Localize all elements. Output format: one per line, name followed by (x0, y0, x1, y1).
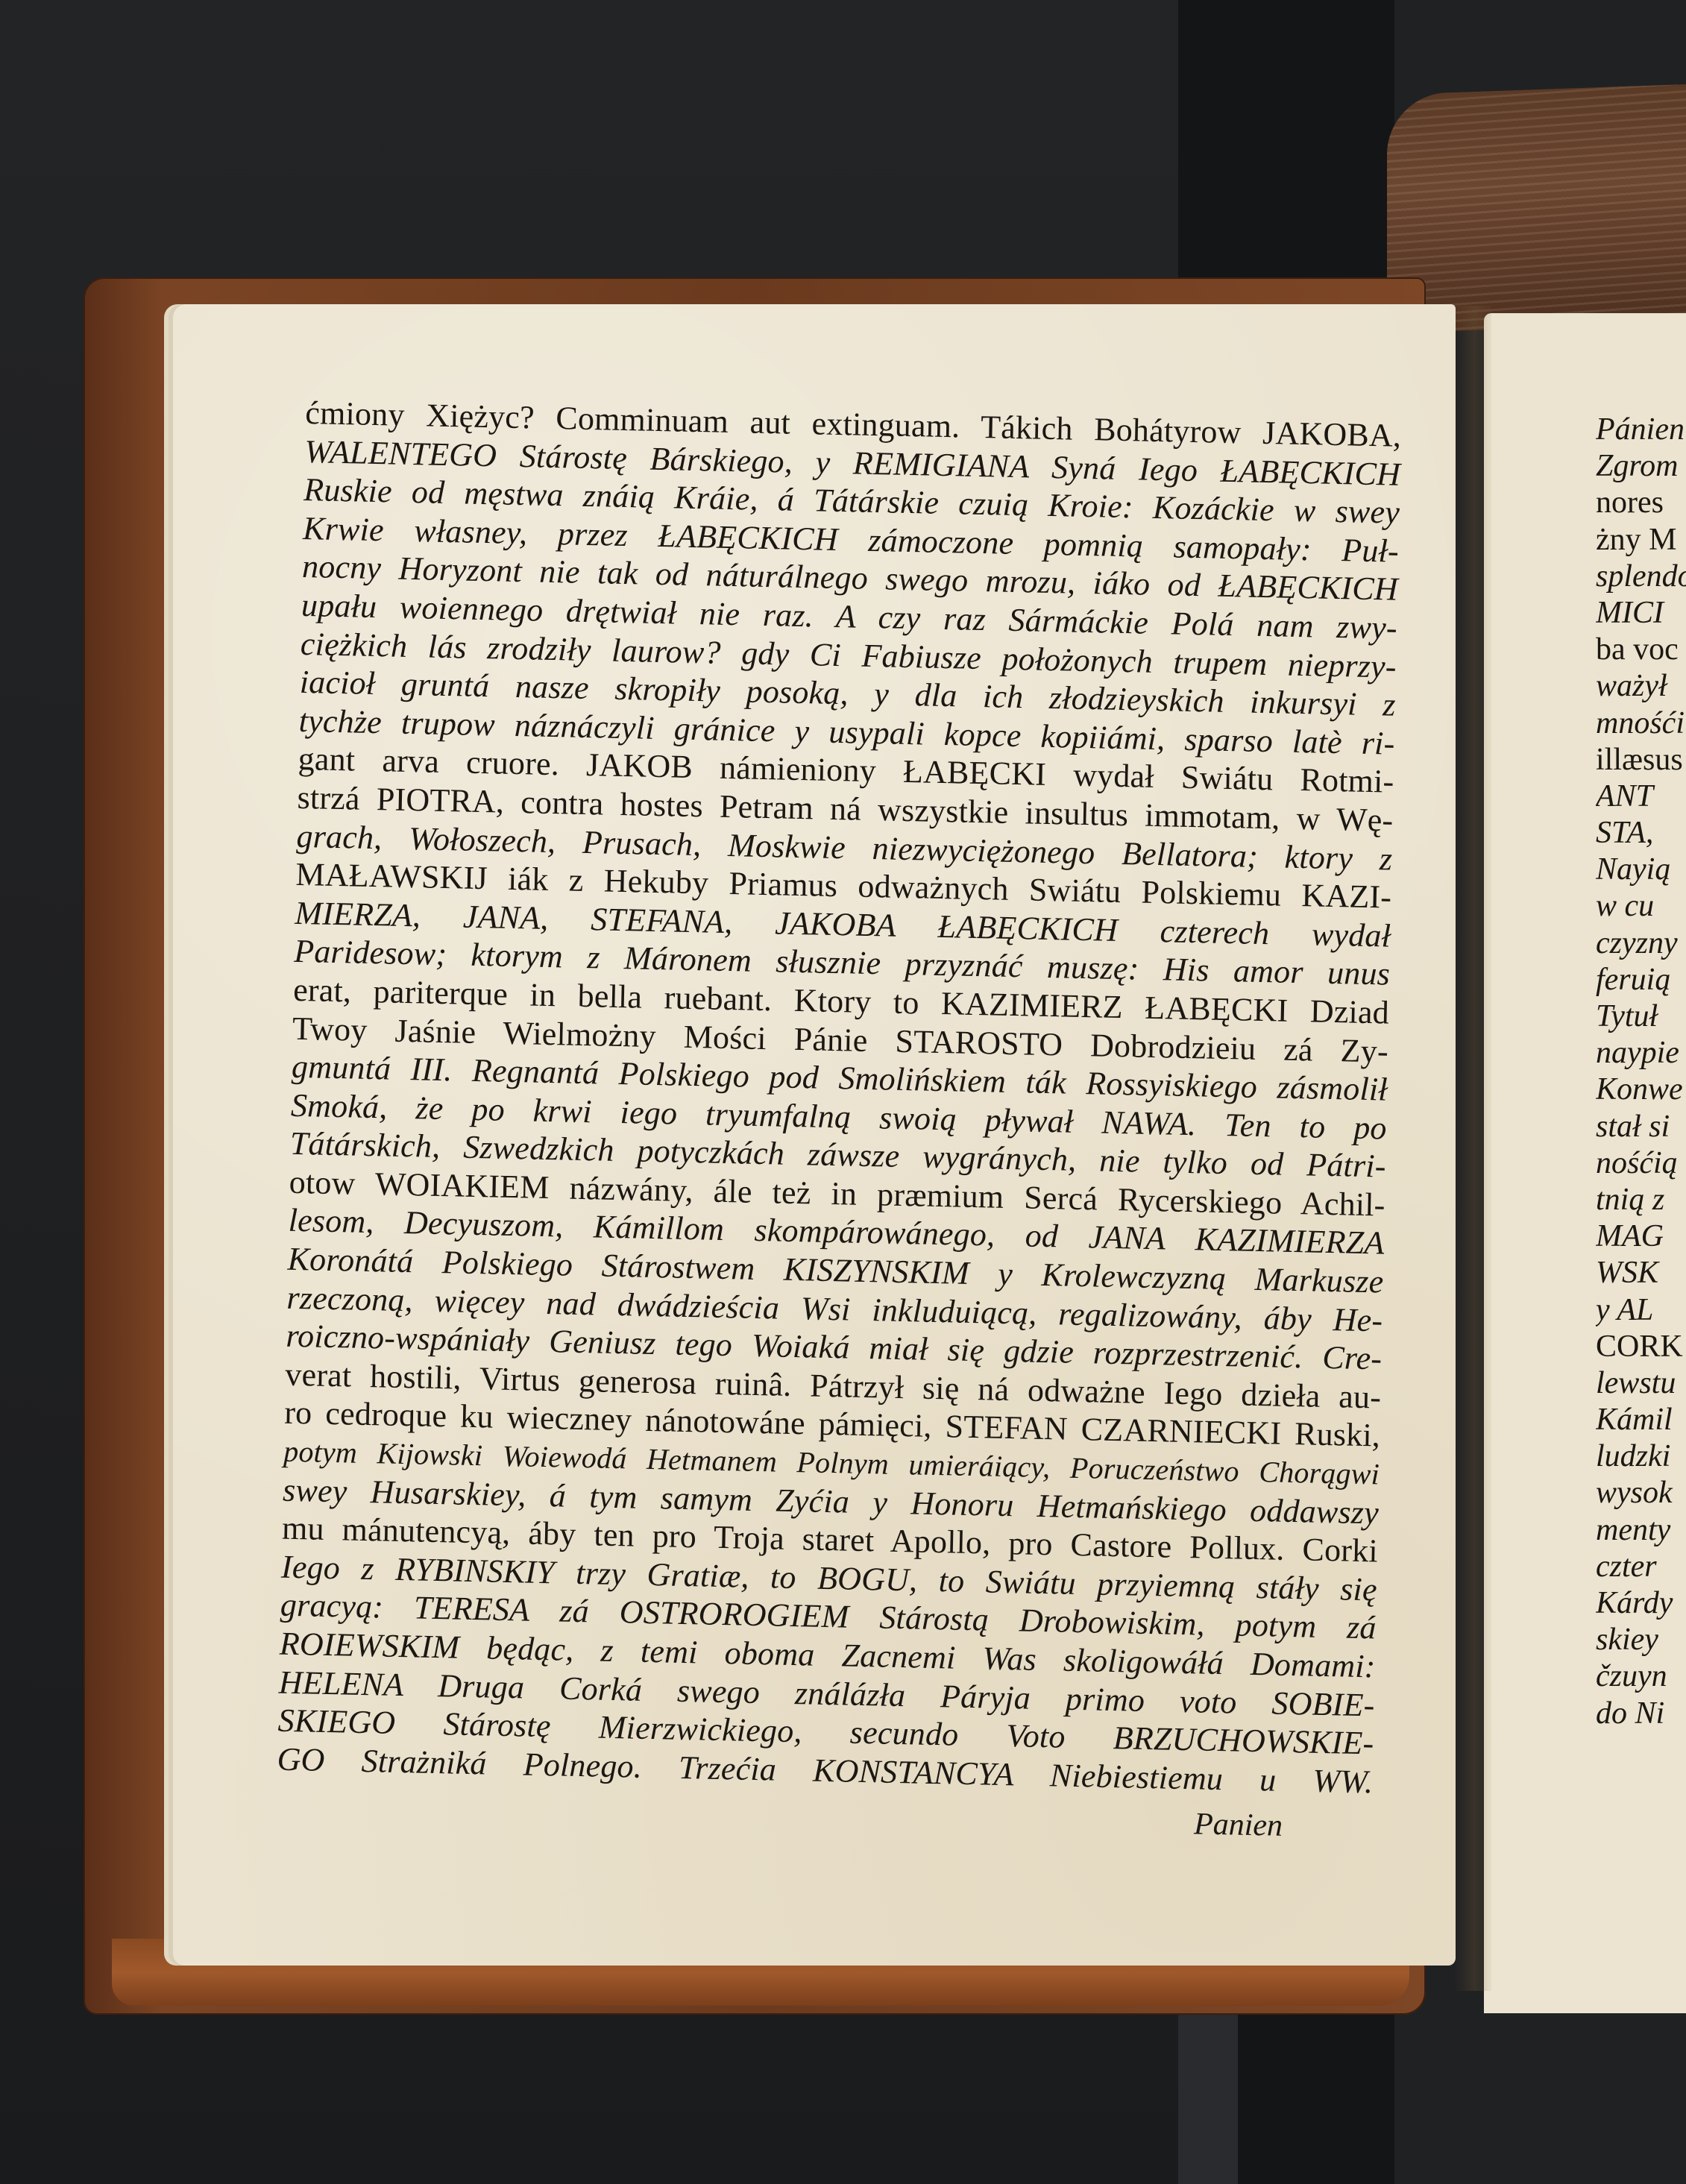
text-fragment: WSK (1596, 1255, 1686, 1291)
text-fragment: ba voc (1596, 632, 1686, 668)
text-fragment: čzuyn (1596, 1658, 1686, 1695)
text-fragment: lewstu (1596, 1365, 1686, 1402)
text-fragment: Kárdy (1596, 1585, 1686, 1622)
text-fragment: ważył (1596, 668, 1686, 705)
text-fragment: skiey (1596, 1622, 1686, 1658)
text-fragment: MICI (1596, 595, 1686, 632)
text-fragment: w cu (1596, 888, 1686, 925)
text-fragment: Kámil (1596, 1402, 1686, 1438)
text-fragment: MAG (1596, 1218, 1686, 1255)
text-fragment: ANT (1596, 778, 1686, 815)
text-fragment: mnośći (1596, 705, 1686, 742)
text-fragment: Nayią (1596, 852, 1686, 888)
text-fragment: ludzki (1596, 1438, 1686, 1475)
text-fragment: nores (1596, 485, 1686, 521)
right-page-text-fragments: Pánien Zgrom nores żny M splendo MICI ba… (1596, 412, 1686, 1732)
text-fragment: CORK (1596, 1329, 1686, 1365)
right-page-block-edge (1387, 84, 1686, 333)
text-fragment: czyzny (1596, 925, 1686, 962)
text-fragment: Pánien (1596, 412, 1686, 448)
book-gutter (1454, 306, 1491, 1991)
background-board-edge (1178, 1998, 1238, 2184)
text-fragment: Konwe (1596, 1071, 1686, 1108)
left-page-text-block: ćmiony Xiężyc? Comminuam aut extinguam. … (276, 394, 1402, 1851)
text-fragment: splendo (1596, 558, 1686, 595)
text-fragment: do Ni (1596, 1696, 1686, 1732)
text-fragment: y AL (1596, 1292, 1686, 1329)
text-fragment: żny M (1596, 522, 1686, 558)
text-fragment: menty (1596, 1512, 1686, 1549)
text-fragment: illæsus (1596, 742, 1686, 778)
text-fragment: nośćią (1596, 1145, 1686, 1182)
text-fragment: stał si (1596, 1109, 1686, 1145)
text-fragment: wysok (1596, 1475, 1686, 1511)
text-fragment: Zgrom (1596, 448, 1686, 485)
text-fragment: feruią (1596, 962, 1686, 998)
text-fragment: tnią z (1596, 1182, 1686, 1218)
text-fragment: czter (1596, 1549, 1686, 1585)
text-fragment: STA, (1596, 815, 1686, 852)
text-fragment: naypie (1596, 1035, 1686, 1071)
text-fragment: Tytuł (1596, 998, 1686, 1035)
